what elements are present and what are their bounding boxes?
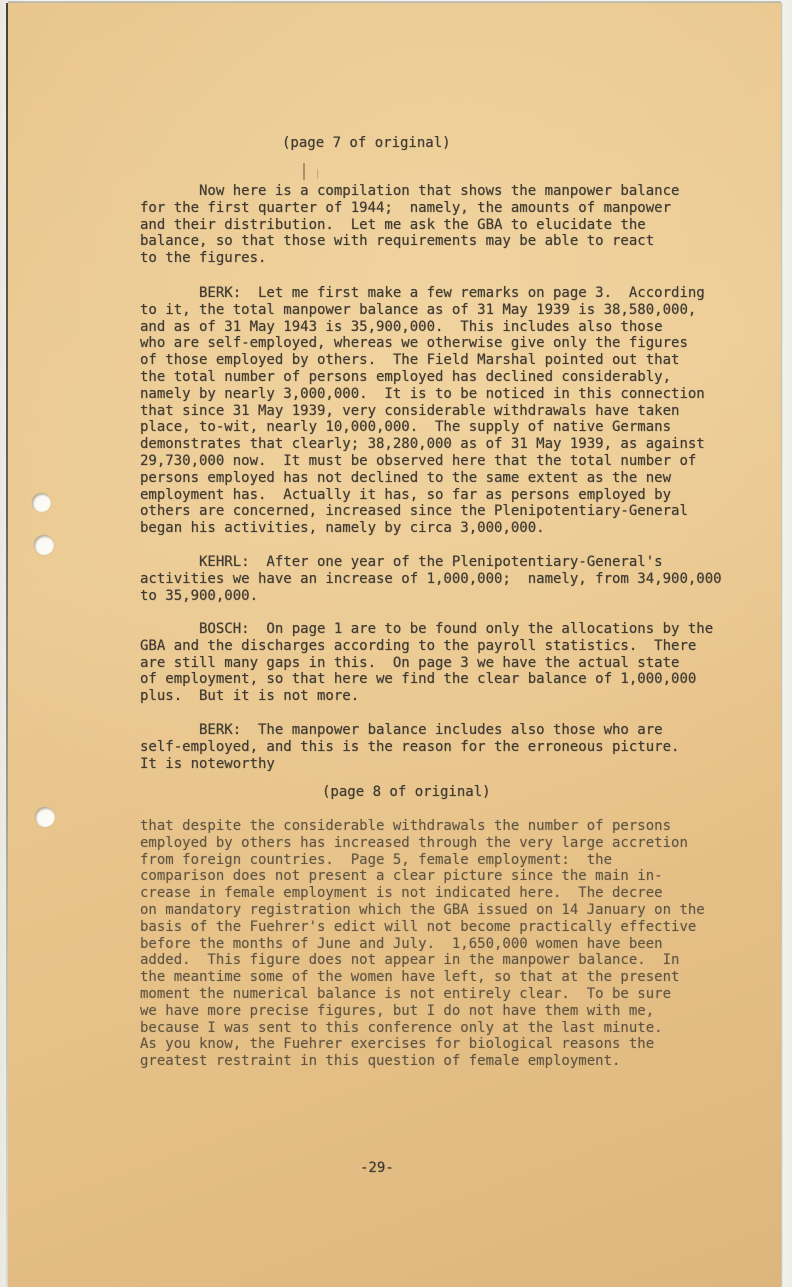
paragraph-bosch: BOSCH: On page 1 are to be found only th… bbox=[140, 621, 713, 705]
hole-punch-middle bbox=[34, 535, 54, 555]
paragraph-kehrl: KEHRL: After one year of the Plenipotent… bbox=[140, 554, 722, 604]
ink-smudge bbox=[317, 169, 318, 179]
paragraph-berk-balance: BERK: The manpower balance includes also… bbox=[140, 722, 679, 772]
hole-punch-bottom bbox=[35, 807, 55, 827]
page-number-label: -29- bbox=[360, 1160, 394, 1177]
paragraph-berk-remarks: BERK: Let me first make a few remarks on… bbox=[140, 285, 705, 537]
paragraph-page8-body: that despite the considerable withdrawal… bbox=[140, 818, 705, 1070]
page7-heading: (page 7 of original) bbox=[282, 135, 451, 152]
ink-smudge bbox=[303, 163, 305, 180]
scan-background: (page 7 of original) Now here is a compi… bbox=[0, 0, 792, 1287]
paragraph-intro: Now here is a compilation that shows the… bbox=[140, 183, 679, 267]
document-page: (page 7 of original) Now here is a compi… bbox=[8, 3, 781, 1287]
page8-heading: (page 8 of original) bbox=[322, 784, 491, 801]
hole-punch-top bbox=[32, 493, 51, 512]
